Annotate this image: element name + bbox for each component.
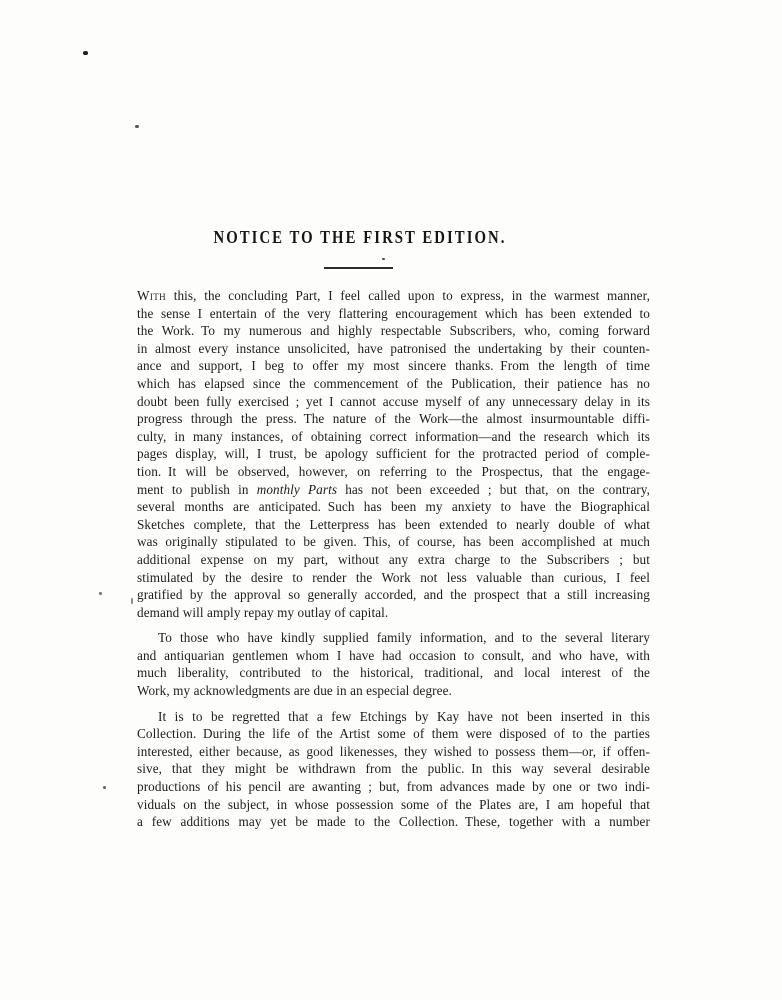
text-line: additional expense on my part, without a… [137, 551, 650, 569]
text-segment: viduals on the subject, in whose possess… [137, 797, 650, 812]
scan-speck [382, 258, 385, 260]
text-segment: gratified by the approval so generally a… [137, 587, 650, 602]
text-line: the Work. To my numerous and highly resp… [137, 322, 650, 340]
page-title: NOTICE TO THE FIRST EDITION. [39, 227, 680, 248]
paragraph-2: To those who have kindly supplied family… [137, 629, 650, 699]
scan-speck [131, 598, 133, 604]
text-segment: the Work. To my numerous and highly resp… [137, 323, 650, 338]
text-segment: To those who have kindly supplied family… [158, 630, 650, 645]
text-segment: which has elapsed since the commencement… [137, 376, 650, 391]
text-segment: several months are anticipated. Such has… [137, 499, 650, 514]
scan-speck [135, 125, 139, 128]
text-line: ance and support, I beg to offer my most… [137, 357, 650, 375]
title-divider-rule [324, 267, 393, 269]
text-line: sive, that they might be withdrawn from … [137, 760, 650, 778]
text-segment: pages display, will, I trust, be apology… [137, 446, 650, 461]
scan-speck [83, 51, 88, 55]
text-segment: productions of his pencil are awanting ;… [137, 779, 650, 794]
scan-speck [103, 786, 106, 789]
text-line: culty, in many instances, of obtaining c… [137, 428, 650, 446]
paragraph-3: It is to be regretted that a few Etching… [137, 708, 650, 831]
text-segment: additional expense on my part, without a… [137, 552, 650, 567]
text-segment: demand will amply repay my outlay of cap… [137, 605, 388, 620]
text-line: Sketches complete, that the Letterpress … [137, 516, 650, 534]
book-page: NOTICE TO THE FIRST EDITION. With this, … [0, 0, 782, 1000]
text-segment: the sense I entertain of the very flatte… [137, 306, 650, 321]
text-line: To those who have kindly supplied family… [137, 629, 650, 647]
text-segment: ance and support, I beg to offer my most… [137, 358, 650, 373]
text-segment: sive, that they might be withdrawn from … [137, 761, 650, 776]
text-segment-smallcaps: With [137, 288, 166, 303]
text-segment: interested, either because, as good like… [137, 744, 650, 759]
paragraph-1: With this, the concluding Part, I feel c… [137, 287, 650, 621]
text-line: much liberality, contributed to the hist… [137, 664, 650, 682]
text-segment: and antiquarian gentlemen whom I have ha… [137, 648, 650, 663]
text-line: pages display, will, I trust, be apology… [137, 445, 650, 463]
text-line: Collection. During the life of the Artis… [137, 725, 650, 743]
text-line: in almost every instance unsolicited, ha… [137, 340, 650, 358]
text-line: interested, either because, as good like… [137, 743, 650, 761]
text-line: a few additions may yet be made to the C… [137, 813, 650, 831]
text-line: ment to publish in monthly Parts has not… [137, 481, 650, 499]
text-segment: in almost every instance unsolicited, ha… [137, 341, 650, 356]
text-line: With this, the concluding Part, I feel c… [137, 287, 650, 305]
text-line: demand will amply repay my outlay of cap… [137, 604, 650, 622]
text-line: progress through the press. The nature o… [137, 410, 650, 428]
text-segment: doubt been fully exercised ; yet I canno… [137, 394, 650, 409]
text-line: gratified by the approval so generally a… [137, 586, 650, 604]
text-segment: Work, my acknowledgments are due in an e… [137, 683, 452, 698]
text-line: tion. It will be observed, however, on r… [137, 463, 650, 481]
text-segment: ment to publish in [137, 482, 257, 497]
text-segment: tion. It will be observed, however, on r… [137, 464, 650, 479]
text-segment: progress through the press. The nature o… [137, 411, 650, 426]
text-segment: stimulated by the desire to render the W… [137, 570, 650, 585]
text-segment: this, the concluding Part, I feel called… [166, 288, 650, 303]
text-line: and antiquarian gentlemen whom I have ha… [137, 647, 650, 665]
text-line: which has elapsed since the commencement… [137, 375, 650, 393]
text-line: doubt been fully exercised ; yet I canno… [137, 393, 650, 411]
text-line: was originally stipulated to be given. T… [137, 533, 650, 551]
text-line: Work, my acknowledgments are due in an e… [137, 682, 650, 700]
text-segment: has not been exceeded ; but that, on the… [337, 482, 650, 497]
text-block: With this, the concluding Part, I feel c… [137, 287, 650, 831]
text-segment-italic: monthly Parts [257, 482, 337, 497]
text-segment: Collection. During the life of the Artis… [137, 726, 650, 741]
text-segment: a few additions may yet be made to the C… [137, 814, 650, 829]
text-line: stimulated by the desire to render the W… [137, 569, 650, 587]
scan-speck [99, 592, 102, 595]
text-segment: culty, in many instances, of obtaining c… [137, 429, 650, 444]
text-line: viduals on the subject, in whose possess… [137, 796, 650, 814]
text-segment: Sketches complete, that the Letterpress … [137, 517, 650, 532]
text-line: It is to be regretted that a few Etching… [137, 708, 650, 726]
text-segment: was originally stipulated to be given. T… [137, 534, 650, 549]
text-segment: It is to be regretted that a few Etching… [158, 709, 650, 724]
text-line: several months are anticipated. Such has… [137, 498, 650, 516]
text-line: productions of his pencil are awanting ;… [137, 778, 650, 796]
text-line: the sense I entertain of the very flatte… [137, 305, 650, 323]
text-segment: much liberality, contributed to the hist… [137, 665, 650, 680]
